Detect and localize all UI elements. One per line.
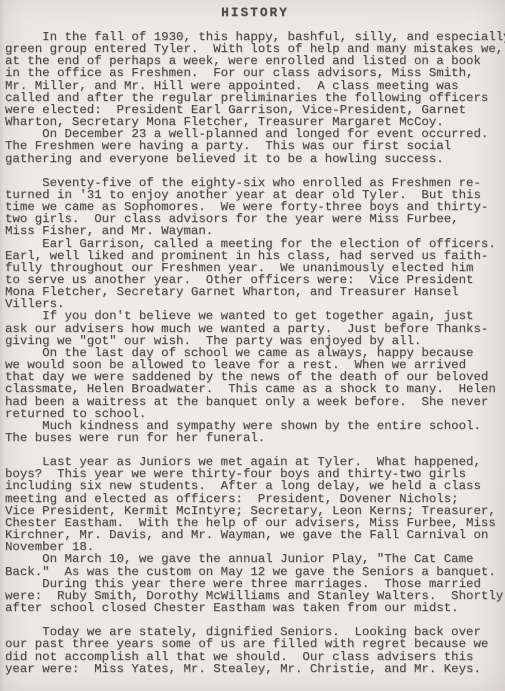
text-line: Earl Garrison, called a meeting for the … [5,238,505,250]
text-line: If you don't believe we wanted to get to… [5,310,505,322]
text-line: The Freshmen were having a party. This w… [5,140,505,152]
document-body: In the fall of 1930, this happy, bashful… [5,31,505,675]
text-line: did not accomplish all that we should. O… [5,651,505,663]
text-line: Mr. Miller, and Mr. Hill were appointed.… [5,80,505,92]
text-line: ask our advisers how much we wanted a pa… [5,323,505,335]
text-line: meeting and elected as officers: Preside… [5,493,505,505]
text-line: had been a waitress at the banquet only … [5,396,505,408]
paragraph: Today we are stately, dignified Seniors.… [5,626,505,675]
text-line: after school closed Chester Eastham was … [5,602,505,614]
paragraph: Last year as Juniors we met again at Tyl… [5,456,505,614]
document-page: HISTORY In the fall of 1930, this happy,… [0,0,505,691]
text-line: Mona Fletcher, Secretary Garnet Wharton,… [5,286,505,298]
text-line: Miss Fisher, and Mr. Wayman. [5,225,505,237]
text-line: our past three years some of us are fill… [5,638,505,650]
paragraph: Seventy-five of the eighty-six who enrol… [5,177,505,444]
text-line: in the office as Freshmen. For our class… [5,67,505,79]
text-line: classmate, Helen Broadwater. This came a… [5,383,505,395]
text-line: The buses were run for her funeral. [5,432,505,444]
paragraph: In the fall of 1930, this happy, bashful… [5,31,505,165]
text-line: including six new students. After a long… [5,480,505,492]
text-line: Earl, well liked and prominent in his cl… [5,250,505,262]
text-line: year were: Miss Yates, Mr. Stealey, Mr. … [5,663,505,675]
text-line: Back." As was the custom on May 12 we ga… [5,566,505,578]
page-title: HISTORY [5,6,505,20]
text-line: gathering and everyone believed it to be… [5,153,505,165]
text-line: On March 10, we gave the annual Junior P… [5,553,505,565]
